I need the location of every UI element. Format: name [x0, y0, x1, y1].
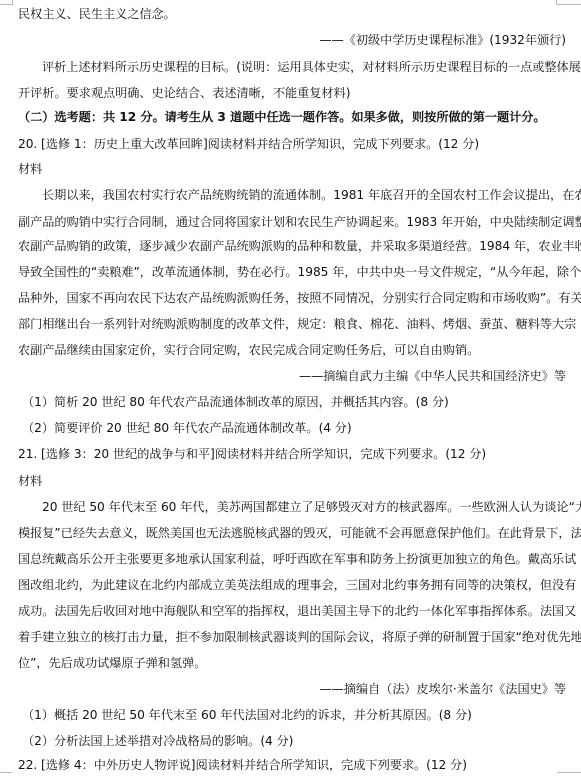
- question-22-heading: 22. [选修 4：中外历史人物评说]阅读材料并结合所学知识，完成下列要求。(1…: [18, 757, 566, 773]
- question-21-heading: 21. [选修 3：20 世纪的战争与和平]阅读材料并结合所学知识，完成下列要求…: [18, 446, 566, 462]
- material-text-line: 农副产品继续由国家定价，实行合同定购，农民完成合同定购任务后，可以自由购销。: [18, 342, 566, 358]
- material-text-line: 品种外，国家不再向农民下达农产品统购派购任务，按照不同情况，分别实行合同定购和市…: [18, 290, 566, 306]
- material-text-line: 农副产品购销的政策，逐步减少农副产品统购派购的品种和数量，并采取多渠道经营。19…: [18, 238, 566, 254]
- section-heading-elective: （二）选考题：共 12 分。请考生从 3 道题中任选一题作答。如果多做，则按所做…: [18, 109, 566, 125]
- material-text-line: 国总统戴高乐公开主张要更多地承认国家利益，呼吁西欧在军事和防务上扮演更加独立的角…: [18, 551, 566, 567]
- material-label: 材料: [18, 161, 566, 177]
- question-prompt-line: 评析上述材料所示历史课程的目标。(说明：运用具体史实，对材料所示历史课程目标的一…: [18, 59, 566, 75]
- material-text-line: 导致全国性的“卖粮难”，改革流通体制，势在必行。1985 年，中共中央一号文件规…: [18, 264, 566, 280]
- material-text-line: 着手建立独立的核打击力量，拒不参加限制核武器谈判的国际会议，将原子弹的研制置于国…: [18, 629, 566, 645]
- material-label: 材料: [18, 473, 566, 489]
- source-citation: ——《初级中学历史课程标准》(1932年颁行): [18, 32, 566, 48]
- material-text-line: 长期以来，我国农村实行农产品统购统销的流通体制。1981 年底召开的全国农村工作…: [18, 187, 566, 203]
- question-prompt-line: 开评析。要求观点明确、史论结合、表述清晰，不能重复材料): [18, 85, 566, 101]
- question-20-heading: 20. [选修 1：历史上重大改革回眸]阅读材料并结合所学知识，完成下列要求。(…: [18, 136, 566, 152]
- sub-question: （1）概括 20 世纪 50 年代末至 60 年代法国对北约的诉求，并分析其原因…: [18, 707, 566, 723]
- material-text-line: 民权主义、民生主义之信念。: [18, 6, 566, 22]
- page-corner-mark-top-left: [0, 0, 13, 5]
- source-citation: ——摘编自（法）皮埃尔·米盖尔《法国史》等: [18, 681, 566, 697]
- material-text-line: 成功。法国先后收回对地中海舰队和空军的指挥权，退出美国主导下的北约一体化军事指挥…: [18, 603, 566, 619]
- material-text-line: 部门相继出台一系列针对统购派购制度的改革文件，规定：粮食、棉花、油料、烤烟、蚕茧…: [18, 316, 566, 332]
- material-text-line: 20 世纪 50 年代末至 60 年代，美苏两国都建立了足够毁灭对方的核武器库。…: [18, 499, 566, 515]
- sub-question: （1）简析 20 世纪 80 年代农产品流通体制改革的原因，并概括其内容。(8 …: [18, 394, 566, 410]
- material-text-line: 副产品的购销中实行合同制，通过合同将国家计划和农民生产协调起来。1983 年开始…: [18, 214, 566, 230]
- material-text-line: 图改组北约，为此建议在北约内部成立美英法组成的理事会，三国对北约事务拥有同等的决…: [18, 577, 566, 593]
- sub-question: （2）简要评价 20 世纪 80 年代农产品流通体制改革。(4 分): [18, 420, 566, 436]
- material-text-line: 模报复”已经失去意义，既然美国也无法逃脱核武器的毁灭，可能就不会再愿意保护他们。…: [18, 525, 566, 541]
- page-corner-mark-top-right: [556, 0, 581, 5]
- material-text-line: 位”，先后成功试爆原子弹和氢弹。: [18, 655, 566, 671]
- page-corner-mark-bottom-left: [0, 772, 12, 773]
- sub-question: （2）分析法国上述举措对冷战格局的影响。(4 分): [18, 733, 566, 749]
- source-citation: ——摘编自武力主编《中华人民共和国经济史》等: [18, 368, 566, 384]
